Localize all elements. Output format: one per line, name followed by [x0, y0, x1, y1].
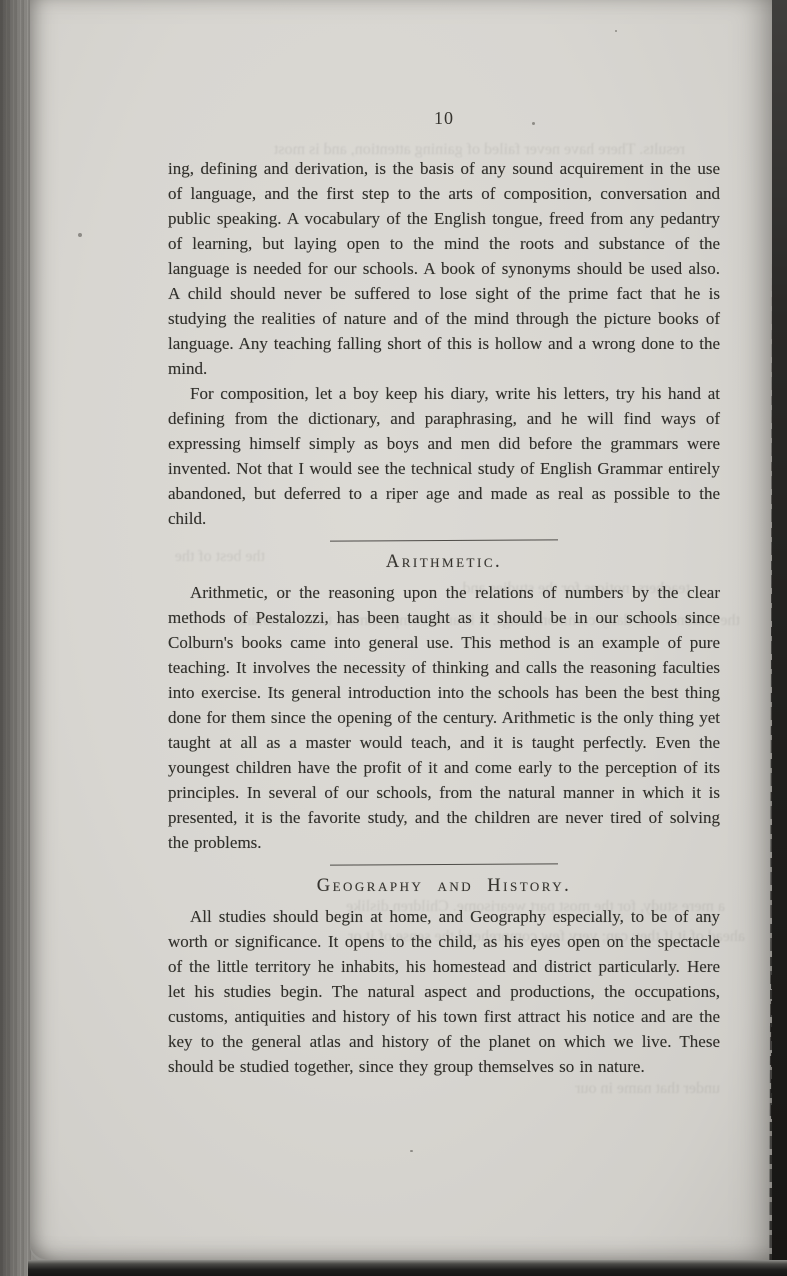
- paragraph-composition: For composition, let a boy keep his diar…: [168, 381, 720, 531]
- bleedthrough-text: under that name in our: [460, 1080, 720, 1098]
- paragraph-arithmetic: Arithmetic, or the reasoning upon the re…: [168, 580, 720, 855]
- scan-bottom-shadow: [28, 1260, 787, 1276]
- paragraph-geography-history: All studies should begin at home, and Ge…: [168, 904, 720, 1079]
- section-heading-arithmetic: Arithmetic.: [168, 552, 720, 573]
- paper-speck: [78, 233, 82, 237]
- paper-speck: [410, 1150, 413, 1152]
- section-divider: [330, 539, 558, 541]
- scan-right-shadow: [772, 0, 787, 1276]
- text-column: 10 ing, defining and derivation, is the …: [168, 0, 720, 1079]
- scanned-book-page: results. There have never failed of gain…: [0, 0, 787, 1276]
- page-paper: results. There have never failed of gain…: [30, 0, 772, 1260]
- section-geography-history: Geography and History. All studies shoul…: [168, 864, 720, 1079]
- page-body: ing, defining and derivation, is the bas…: [168, 156, 720, 1079]
- section-arithmetic: Arithmetic. Arithmetic, or the reasoning…: [168, 540, 720, 855]
- section-heading-geography-history: Geography and History.: [168, 876, 720, 897]
- page-number: 10: [168, 108, 720, 129]
- book-binding-gutter: [0, 0, 34, 1276]
- paragraph-continuation: ing, defining and derivation, is the bas…: [168, 156, 720, 381]
- section-divider: [330, 863, 558, 865]
